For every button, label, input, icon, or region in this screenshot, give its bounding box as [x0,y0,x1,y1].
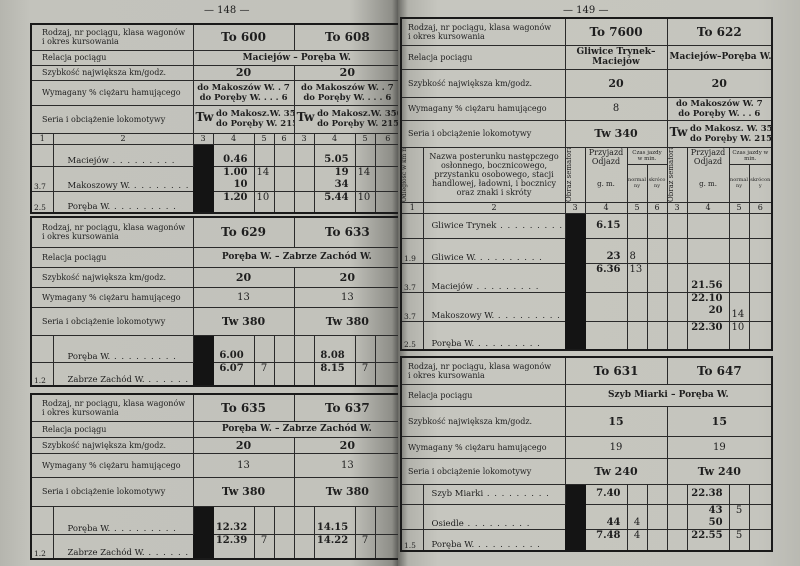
run-minutes: 8 [627,238,647,263]
station-row: Osiedle 44 4 43 50 5 [401,504,772,529]
distance-km [401,484,423,504]
time-value: 14.22 [314,534,355,559]
brake-label: Wymagany % ciężaru hamującego [401,436,565,458]
run-minutes: 14 [729,292,749,321]
loco-line: do Makosz. W. 350 [690,124,772,134]
relation-value: Poręba W. – Zabrze Zachód W. [193,421,401,437]
time-value: 1.20 [213,191,254,213]
brake-label: Wymagany % ciężaru hamującego [401,97,565,120]
time-value: 0.46 [213,144,254,166]
speed-value: 20 [294,267,401,287]
station-name: Poręba W. [68,352,111,362]
distance-header: Odległość w km między posterunkami [402,148,409,202]
station-name: Szyb Miarki [432,489,484,499]
run-minutes: 10 [355,191,375,213]
station-row: 2.5 Poręba W. 1.20 10 5.44 10 [31,191,401,213]
time-value: 6.00 [213,335,254,362]
time-value: 44 [585,504,627,529]
brake-value: 13 [294,287,401,307]
time-value: 12.39 [213,534,254,559]
train-label: Rodzaj, nr pociągu, klasa wagonów i okre… [31,394,193,421]
time-value [585,292,627,321]
station-row: 1.2 Zabrze Zachód W. 12.39 7 14.22 7 [31,534,401,559]
speed-value: 20 [294,437,401,453]
loco-value: Tw 380 [193,307,294,335]
speed-label: Szybkość największa km/godz. [31,437,193,453]
run-time-header: Czas jazdy w min. [729,147,772,164]
time-value: 7.48 [585,529,627,551]
distance-km: 3.7 [31,166,53,191]
relation-label: Relacja pociągu [31,247,193,267]
station-row: 2.5 Poręba W. 22.30 10 [401,321,772,350]
loco-label: Seria i obciążenie lokomotywy [31,307,193,335]
run-minutes [729,263,749,292]
time-value [687,238,729,263]
page-number: — 149 — [563,5,608,16]
time-value: 22.55 [687,529,729,551]
loco-line: do Poręby W. 215 [690,134,772,144]
speed-label: Szybkość największa km/godz. [31,267,193,287]
column-number: 1 [31,133,53,144]
station-row: Gliwice Trynek 6.15 [401,213,772,238]
time-value: 14.15 [314,506,355,534]
run-minutes [254,335,274,362]
loco-value: Tw 340 [565,120,667,147]
left-page: — 148 — Rodzaj, nr pociągu, klasa wagonó… [0,0,398,566]
time-value: 23 [585,238,627,263]
station-name: Poręba W. [68,202,111,212]
speed-value: 15 [667,406,772,436]
train-label: Rodzaj, nr pociągu, klasa wagonów i okre… [401,357,565,384]
station-name: Makoszowy W. [68,181,131,191]
signal-bar [565,213,585,350]
train-label: Rodzaj, nr pociągu, klasa wagonów i okre… [31,24,193,50]
time-value: 8.15 [314,362,355,386]
relation-value: Szyb Miarki – Poręba W. [565,384,772,406]
time-value: 6.15 [585,213,627,238]
station-name: Zabrze Zachód W. [68,375,145,385]
train-number: To 637 [294,394,401,421]
run-minutes: 7 [355,534,375,559]
speed-value: 20 [565,69,667,97]
speed-value: 20 [294,65,401,80]
station-name: Gliwice W. [432,253,477,263]
arr-dep-header: Przyjazd Odjazd [588,148,625,166]
run-minutes [627,484,647,504]
loco-value: Tw 380 [193,477,294,506]
run-minutes: 7 [254,534,274,559]
station-row: Poręba W. 6.00 8.08 [31,335,401,362]
run-minutes [627,321,647,350]
run-minutes: 14 [355,166,375,191]
loco-value: Tw 240 [667,458,772,484]
time-value: 6.36 [585,263,627,292]
column-number: 3 [193,133,213,144]
normal-header: normalny [729,164,749,202]
time-value: 22.30 [687,321,729,350]
hm-header: g. m. [690,180,727,189]
speed-value: 20 [667,69,772,97]
train-number: To 647 [667,357,772,384]
time-value: 43 50 [687,504,729,529]
station-row: 3.7 Maciejów 6.36 13 21.56 [401,263,772,292]
run-minutes [355,506,375,534]
signal-header: Obraz semafora [566,148,573,202]
distance-km: 2.5 [31,191,53,213]
distance-km: 1.2 [31,362,53,386]
signal-header: Obraz semafora [668,148,675,202]
train-number: To 608 [294,24,401,50]
relation-label: Relacja pociągu [401,45,565,69]
time-value: 5.05 [314,144,355,166]
brake-value: 13 [294,453,401,477]
distance-km [31,335,53,362]
column-number: 3 [667,202,687,213]
normal-header: normalny [627,164,647,202]
column-number: 6 [749,202,772,213]
train-number: To 633 [294,217,401,247]
column-number: 5 [627,202,647,213]
train-number: To 600 [193,24,294,50]
column-number: 5 [729,202,749,213]
column-number: 4 [314,133,355,144]
run-minutes [729,484,749,504]
run-minutes [355,144,375,166]
arr-dep-header: Przyjazd Odjazd [690,148,727,166]
loco-label: Seria i obciążenie lokomotywy [401,120,565,147]
distance-km: 1.9 [401,238,423,263]
loco-line: do Poręby W. 215 [317,119,399,129]
station-row: Poręba W. 12.32 14.15 [31,506,401,534]
time-value: 6.07 [213,362,254,386]
time-value: 1.00 10 [213,166,254,191]
distance-km: 1.5 [401,529,423,551]
distance-km [401,504,423,529]
run-minutes [627,213,647,238]
speed-value: 20 [193,437,294,453]
column-number: 6 [274,133,294,144]
time-value: 21.56 [687,263,729,292]
signal-bar [193,335,213,386]
station-name: Poręba W. [68,524,111,534]
loco-label: Seria i obciążenie lokomotywy [31,105,193,133]
speed-value: 15 [565,406,667,436]
column-number: 2 [423,202,565,213]
relation-label: Relacja pociągu [31,50,193,65]
relation-label: Relacja pociągu [31,421,193,437]
run-minutes [254,506,274,534]
column-number: 4 [687,202,729,213]
column-number: 3 [565,202,585,213]
train-number: To 635 [193,394,294,421]
time-value: 7.40 [585,484,627,504]
brake-label: Wymagany % ciężaru hamującego [31,287,193,307]
run-minutes: 4 [627,504,647,529]
brake-value: 13 [193,453,294,477]
station-name: Makoszowy W. [432,311,495,321]
station-name-header: Nazwa posterunku następczego osłonnego, … [423,147,565,202]
timetable-block-to7600-to622: Rodzaj, nr pociągu, klasa wagonów i okre… [400,17,773,351]
brake-value: 19 [565,436,667,458]
time-value: 22.38 [687,484,729,504]
brake-line: do Makoszów W. . 7 [297,83,399,93]
relation-value: Gliwice Trynek– Maciejów [565,45,667,69]
timetable-block-to631-to647: Rodzaj, nr pociągu, klasa wagonów i okre… [400,356,773,552]
run-minutes: 4 [627,529,647,551]
brake-line: do Poręby W. . . . 6 [297,93,399,103]
loco-series: Tw [670,125,688,139]
brake-value: 13 [193,287,294,307]
run-minutes: 7 [355,362,375,386]
timetable-block-to635-to637: Rodzaj, nr pociągu, klasa wagonów i okre… [30,393,402,560]
brake-line: do Makoszów W. . 7 [196,83,292,93]
column-number: 6 [647,202,667,213]
relation-value: Maciejów – Poręba W. [193,50,401,65]
station-row: Maciejów 0.46 5.05 [31,144,401,166]
distance-km [401,213,423,238]
run-minutes: 10 [254,191,274,213]
speed-label: Szybkość największa km/godz. [401,69,565,97]
brake-value: 19 [667,436,772,458]
relation-value: Poręba W. – Zabrze Zachód W. [193,247,401,267]
loco-series: Tw [297,110,315,124]
run-minutes: 13 [627,263,647,292]
column-number: 4 [585,202,627,213]
distance-km: 2.5 [401,321,423,350]
run-minutes [729,238,749,263]
train-label: Rodzaj, nr pociągu, klasa wagonów i okre… [31,217,193,247]
timetable-block-to629-to633: Rodzaj, nr pociągu, klasa wagonów i okre… [30,216,402,387]
column-number: 5 [355,133,375,144]
loco-value: Tw 240 [565,458,667,484]
time-value [585,321,627,350]
hm-header: g. m. [588,180,625,189]
speed-label: Szybkość największa km/godz. [401,406,565,436]
loco-line: do Makosz.W. 350 [216,109,294,119]
train-label: Rodzaj, nr pociągu, klasa wagonów i okre… [401,18,565,45]
short-header: skrócony [647,164,667,202]
loco-series: Tw [196,110,214,124]
run-minutes: 14 [254,166,274,191]
train-number: To 7600 [565,18,667,45]
column-number: 4 [213,133,254,144]
signal-bar [565,484,585,551]
brake-label: Wymagany % ciężaru hamującego [31,80,193,105]
speed-value: 20 [193,267,294,287]
station-name: Maciejów [432,282,473,292]
station-row: 1.2 Zabrze Zachód W. 6.07 7 8.15 7 [31,362,401,386]
station-name: Osiedle [432,519,464,529]
column-number: 5 [254,133,274,144]
relation-value: Maciejów–Poręba W. [667,45,772,69]
distance-km: 3.7 [401,292,423,321]
time-value: 12.32 [213,506,254,534]
train-number: To 629 [193,217,294,247]
page-number: — 148 — [204,5,249,16]
run-time-header: Czas jazdy w min. [627,147,667,164]
station-name: Gliwice Trynek [432,221,497,231]
time-value: 5.44 [314,191,355,213]
timetable-block-to600-to608: Rodzaj, nr pociągu, klasa wagonów i okre… [30,23,402,214]
station-row: Szyb Miarki 7.40 22.38 [401,484,772,504]
loco-label: Seria i obciążenie lokomotywy [401,458,565,484]
run-minutes: 5 [729,529,749,551]
station-name: Poręba W. [432,540,475,550]
signal-bar [193,144,213,213]
right-page: — 149 — Rodzaj, nr pociągu, klasa wagonó… [398,0,800,566]
signal-bar [193,506,213,559]
train-number: To 631 [565,357,667,384]
distance-km: 1.2 [31,534,53,559]
station-row: 3.7 Makoszowy W. 22.10 20 14 [401,292,772,321]
station-row: 1.5 Poręba W. 7.48 4 22.55 5 [401,529,772,551]
station-name: Maciejów [68,156,109,166]
run-minutes: 5 [729,504,749,529]
loco-label: Seria i obciążenie lokomotywy [31,477,193,506]
short-header: skrócony [749,164,772,202]
speed-label: Szybkość największa km/godz. [31,65,193,80]
run-minutes [254,144,274,166]
speed-value: 20 [193,65,294,80]
distance-km [31,144,53,166]
station-name: Poręba W. [432,339,475,349]
loco-value: Tw 380 [294,307,401,335]
column-number: 1 [401,202,423,213]
brake-value: 8 [565,97,667,120]
train-number: To 622 [667,18,772,45]
run-minutes: 10 [729,321,749,350]
time-value: 8.08 [314,335,355,362]
loco-line: do Poręby W. 215 [216,119,294,129]
run-minutes [355,335,375,362]
run-minutes: 7 [254,362,274,386]
brake-line: do Poręby W. . . 6 [670,109,770,119]
distance-km: 3.7 [401,263,423,292]
station-row: 3.7 Makoszowy W. 1.00 10 14 19 34 14 [31,166,401,191]
column-number: 2 [53,133,193,144]
loco-line: do Makosz.W. 350 [317,109,401,119]
distance-km [31,506,53,534]
relation-label: Relacja pociągu [401,384,565,406]
time-value: 22.10 20 [687,292,729,321]
brake-line: do Poręby W. . . . 6 [196,93,292,103]
column-number: 3 [294,133,314,144]
loco-value: Tw 380 [294,477,401,506]
run-minutes [729,213,749,238]
time-value [687,213,729,238]
station-name: Zabrze Zachód W. [68,548,145,558]
brake-label: Wymagany % ciężaru hamującego [31,453,193,477]
run-minutes [627,292,647,321]
brake-line: do Makoszów W. 7 [670,99,770,109]
time-value: 19 34 [314,166,355,191]
station-row: 1.9 Gliwice W. 23 8 [401,238,772,263]
